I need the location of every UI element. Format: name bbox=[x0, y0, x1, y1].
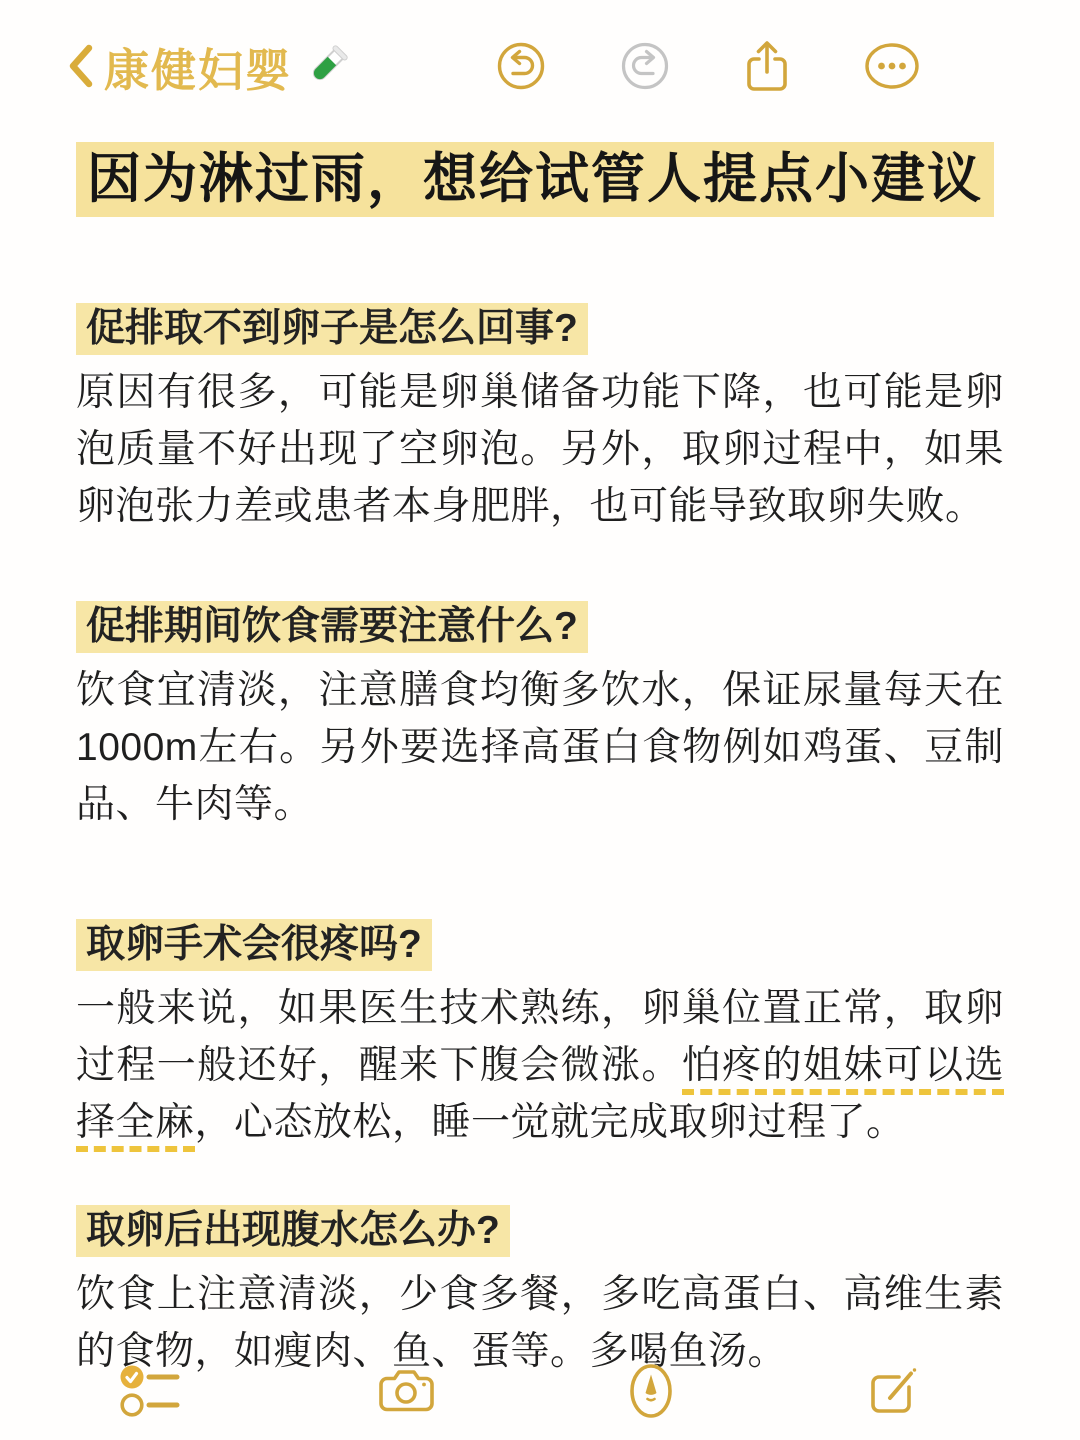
qa-section-2: 促排期间饮食需要注意什么? 饮食宜清淡，注意膳食均衡多饮水，保证尿量每天在100… bbox=[76, 601, 1004, 833]
bottom-toolbar bbox=[0, 1362, 1080, 1420]
answer-1: 原因有很多，可能是卵巢储备功能下降，也可能是卵泡质量不好出现了空卵泡。另外，取卵… bbox=[76, 364, 1004, 535]
share-icon bbox=[744, 38, 790, 94]
answer-2: 饮食宜清淡，注意膳食均衡多饮水，保证尿量每天在1000m左右。另外要选择高蛋白食… bbox=[76, 662, 1004, 833]
note-content: 因为淋过雨，想给试管人提点小建议 促排取不到卵子是怎么回事? 原因有很多，可能是… bbox=[0, 142, 1080, 1380]
compose-button[interactable] bbox=[866, 1364, 920, 1418]
note-title: 因为淋过雨，想给试管人提点小建议 bbox=[76, 142, 1004, 217]
redo-button[interactable] bbox=[620, 41, 670, 91]
question-3: 取卵手术会很疼吗? bbox=[76, 919, 1004, 971]
compose-icon bbox=[866, 1364, 920, 1418]
back-button[interactable]: 康健妇婴 bbox=[66, 34, 352, 99]
qa-section-1: 促排取不到卵子是怎么回事? 原因有很多，可能是卵巢储备功能下降，也可能是卵泡质量… bbox=[76, 303, 1004, 535]
question-2-highlight: 促排期间饮食需要注意什么? bbox=[76, 601, 588, 653]
qa-section-4: 取卵后出现腹水怎么办? 饮食上注意清淡，少食多餐，多吃高蛋白、高维生素的食物，如… bbox=[76, 1205, 1004, 1380]
question-4: 取卵后出现腹水怎么办? bbox=[76, 1205, 1004, 1257]
camera-icon bbox=[377, 1368, 435, 1414]
nav-actions bbox=[496, 38, 920, 94]
markup-pen-button[interactable] bbox=[629, 1363, 673, 1419]
question-1-highlight: 促排取不到卵子是怎么回事? bbox=[76, 303, 588, 355]
question-3-highlight: 取卵手术会很疼吗? bbox=[76, 919, 432, 971]
question-2: 促排期间饮食需要注意什么? bbox=[76, 601, 1004, 653]
undo-button[interactable] bbox=[496, 41, 546, 91]
more-icon bbox=[864, 42, 920, 90]
qa-section-3: 取卵手术会很疼吗? 一般来说，如果医生技术熟练，卵巢位置正常，取卵过程一般还好，… bbox=[76, 919, 1004, 1151]
redo-icon bbox=[620, 41, 670, 91]
markup-pen-icon bbox=[629, 1363, 673, 1419]
checklist-button[interactable] bbox=[118, 1362, 184, 1420]
undo-icon bbox=[496, 41, 546, 91]
test-tube-icon bbox=[302, 40, 352, 92]
back-label: 康健妇婴 bbox=[104, 34, 292, 99]
notes-app-screen: 康健妇婴 bbox=[0, 0, 1080, 1440]
chevron-left-icon bbox=[66, 43, 94, 89]
nav-bar: 康健妇婴 bbox=[0, 0, 1080, 96]
question-1: 促排取不到卵子是怎么回事? bbox=[76, 303, 1004, 355]
share-button[interactable] bbox=[744, 38, 790, 94]
question-4-highlight: 取卵后出现腹水怎么办? bbox=[76, 1205, 510, 1257]
note-title-highlight: 因为淋过雨，想给试管人提点小建议 bbox=[76, 142, 994, 217]
checklist-icon bbox=[118, 1362, 184, 1420]
camera-button[interactable] bbox=[377, 1368, 435, 1414]
more-button[interactable] bbox=[864, 42, 920, 90]
answer-3: 一般来说，如果医生技术熟练，卵巢位置正常，取卵过程一般还好，醒来下腹会微涨。怕疼… bbox=[76, 980, 1004, 1151]
answer-3-part2: ，心态放松，睡一觉就完成取卵过程了。 bbox=[195, 1101, 906, 1144]
